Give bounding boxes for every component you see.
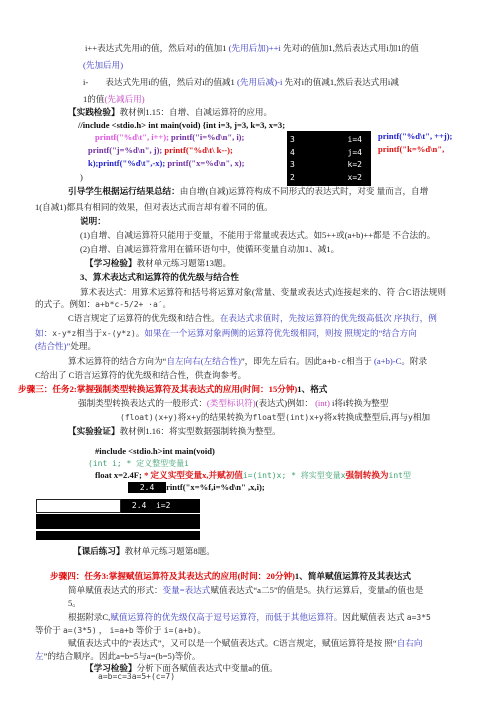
note-heading: 说明：: [80, 216, 106, 227]
inc-usage-line2: (先加后用): [83, 60, 123, 71]
text-span: 算术运算符的结合方向为“: [68, 356, 166, 366]
text-span: (先用后加)++i: [229, 43, 281, 53]
text-span: 根据附录C,: [68, 612, 110, 622]
text-span: 。: [197, 625, 206, 635]
console-value: 2: [290, 173, 295, 182]
console-chip: 2.4: [128, 482, 166, 493]
document-page: 3i=44j=43k=22x=2 2.4 i=2 i++表达式先用i的值，然后对…: [0, 0, 500, 722]
text-span: (2)自增、自减运算符常用在循环语句中，使循环变量自动加1、减1。: [80, 244, 339, 254]
text-span: a=(3*5): [63, 626, 97, 635]
text-span: (int)x+y: [285, 413, 324, 422]
text-span: a=b=c=3a=5+(c=7): [98, 672, 175, 681]
text-span: ): [80, 172, 83, 182]
text-span: (先减后用): [105, 94, 145, 104]
text-span: 先对i的值加1,然后表达式用i加1的值: [281, 43, 419, 53]
text-span: (结合性)”: [35, 341, 70, 351]
text-span: k);printf("%d\t",-x);: [88, 158, 167, 168]
text-span: printf("k=%d\n",: [378, 144, 444, 154]
text-span: 先对i的值减1,然后表达式用i减: [282, 77, 399, 87]
text-span: 如：: [35, 328, 52, 338]
text-span: i=a+b: [110, 626, 134, 635]
text-span: C语言规定了运算符的优先级和结合性。: [68, 313, 220, 323]
text-span: 赋值表达式“a二5”的值是5。执行运算后，变量a的值也是: [210, 585, 423, 595]
output-window-black-bar: [36, 531, 200, 540]
text-span: rintf("x=%f,i=%d\n" ,x,i);: [166, 482, 265, 492]
text-span: (int): [315, 398, 330, 408]
inc-usage-line1: i++表达式先用i的值，然后对i的值加1 (先用后加)++i 先对i的值加1,然…: [85, 43, 419, 54]
text-span: (表达式)例如：: [256, 398, 315, 408]
console-var-value: i=4: [348, 135, 362, 144]
output-window-black-bar: [36, 514, 200, 529]
console-var-value: k=2: [348, 160, 362, 169]
output-window-white-area: [36, 499, 121, 513]
step3-heading: 步骤三：任务2:掌握强制类型转换运算符及其表达式的应用(时间：15分钟)1、格式: [18, 384, 327, 395]
text-span: 赋值表达式中的“表达式”，又可以是一个赋值表达式。C语言规定，赋值运算符是按 照…: [68, 638, 397, 648]
text-span: 【实践检验】: [68, 107, 120, 117]
text-span: printf("%d\t", ++j);: [378, 131, 452, 141]
text-span: 步骤三：任务2:掌握强制类型转换运算符及其表达式的应用(时间：15分钟): [18, 384, 297, 394]
text-span: 简单赋值表达式的形式：: [68, 585, 163, 595]
homework-line: 【课后练习】教材单元练习题第8题。: [73, 546, 215, 557]
text-span: 处理。: [70, 341, 96, 351]
code2-float-decl: float x=2.4F; * 定义实型变量x,并赋初值i=(int)x; * …: [95, 470, 411, 481]
arith-expr-line2: 的式子。例如：a+b*c-5/2+ ·a′。: [35, 299, 171, 310]
dec-usage-line1: i- 表达式先用i的值，然后对i的值减1 (先用后减)-i 先对i的值减1,然后…: [83, 77, 399, 88]
text-span: #include <stdio.h>int main(void): [95, 446, 215, 456]
text-span: a+b*c-5/2+ ·a′。: [95, 300, 170, 309]
precedence-line3: (结合性)”处理。: [35, 341, 96, 352]
code2-include: #include <stdio.h>int main(void): [95, 446, 215, 457]
text-span: 1、简单赋值运算符及其表达式: [295, 571, 411, 581]
text-span: 强制类型转换表达式的一般形式：: [78, 398, 207, 408]
assign-expr-line2: 左”的结合顺序。因此a=b=5与a=(b=5)等价。: [35, 651, 200, 662]
text-span: ，: [97, 625, 110, 635]
console-value: 4: [290, 148, 295, 157]
section3-heading: 3、算术表达式和运算符的优先级与结合性: [80, 272, 239, 283]
text-span: printf("j=%d\n", j);: [88, 145, 164, 155]
text-span: 相加: [413, 412, 430, 422]
text-span: 赋值运算符的优先级仅高于逗号运算符，而低于其他运算符。: [110, 612, 342, 622]
text-span: 【学习检验】: [85, 258, 137, 268]
text-span: 转换成整型后,再与: [337, 412, 408, 422]
code2-int-decl: (int i; * 定义整型变量i: [88, 458, 189, 469]
text-span: 相当于: [76, 328, 102, 338]
text-span: 【课后练习】: [73, 546, 125, 556]
text-span: (先用后减)-i: [237, 77, 282, 87]
text-span: 教材例1.15：自增、自减运算符的应用。: [120, 107, 273, 117]
text-span: 3、算术表达式和运算符的优先级与结合性: [80, 272, 239, 282]
text-span: 教材单元练习题第8题。: [125, 546, 215, 556]
text-span: 自右向: [397, 638, 423, 648]
text-span: 变量=表达式: [163, 585, 211, 595]
console-row: 2x=2: [287, 173, 371, 182]
text-span: (a+b)-C: [374, 356, 401, 366]
text-span: 【实验验证】: [68, 426, 120, 436]
text-span: * 定义实型变量x,并赋初值: [144, 470, 243, 480]
text-span: 将: [324, 412, 333, 422]
console-row: 4j=4: [287, 148, 371, 157]
text-span: 。附录: [401, 356, 427, 366]
text-span: 引导学生根据运行结果总结：: [68, 186, 180, 196]
cast-example-line: (float)(x+y)将x+y的结果转换为float型(int)x+y将x转换…: [120, 412, 430, 423]
precedence-line2: 如：x-y*z相当于x-(y*z)。如果在一个运算对象两侧的运算符优先级相同，则…: [35, 328, 417, 339]
text-span: printf("i=%d\n", i);: [171, 132, 244, 142]
output-window: 2.4 i=2: [36, 499, 200, 540]
console-row: 3i=4: [287, 135, 371, 144]
text-span: float: [252, 413, 276, 422]
text-span: 5。: [68, 598, 81, 608]
text-span: 等价于: [134, 625, 164, 635]
text-span: printf("%d\t", i++);: [95, 132, 171, 142]
text-span: 型: [277, 412, 286, 422]
summary-line2: 1(自减1)都具有相同的效果，但对表达式而言却有着不同的值。: [35, 202, 273, 213]
text-span: 教材例1.16：将实型数据强制转换为整型。: [120, 426, 281, 436]
console-row: 3k=2: [287, 160, 371, 169]
text-span: printf("x=%d\n", x);: [167, 158, 244, 168]
text-span: ”，即先左后右。因此: [241, 356, 322, 366]
output-window-titlerow: 2.4 i=2: [36, 499, 200, 513]
text-span: 1、格式: [297, 384, 327, 394]
output-window-result-text: 2.4 i=2: [121, 499, 200, 513]
text-span: //include <stdio.h> int main(void) {int …: [78, 120, 285, 130]
text-span: 等价于: [35, 625, 63, 635]
text-span: int型: [389, 471, 411, 480]
summary-line1: 引导学生根据运行结果总结：由自增(自减)运算符构成不同形式的表达式时，对变 量而…: [68, 186, 428, 197]
assign-expr-line1: 赋值表达式中的“表达式”，又可以是一个赋值表达式。C语言规定，赋值运算符是按 照…: [68, 638, 423, 649]
code2-printf-chip: 2.4 rintf("x=%f,i=%d\n" ,x,i);: [128, 482, 265, 493]
code-printf-line2: printf("j=%d\n", j); printf("%d\t\ k--);: [88, 145, 233, 156]
note-item1: (1)自增、自减运算符只能用于变量，不能用于常量或表达式。如5++或(a+b)+…: [80, 230, 435, 241]
text-span: 1的值: [83, 94, 105, 104]
practice-check-heading: 【实践检验】教材例1.15：自增、自减运算符的应用。: [68, 107, 272, 118]
text-span: 左: [35, 651, 44, 661]
text-span: 相当于: [346, 356, 374, 366]
text-span: 因此赋值表 达式: [342, 612, 406, 622]
text-span: 说明：: [80, 216, 106, 226]
text-span: 的结果转换为: [201, 412, 253, 422]
assoc-line2: C给出了 C语言运算符的优先级和结合性，供查询参考。: [35, 370, 246, 381]
console-value: 3: [290, 160, 295, 169]
code-right-line2: printf("k=%d\n",: [378, 144, 444, 155]
console-value: 3: [290, 135, 295, 144]
study-check-13: 【学习检验】教材单元练习题第13题。: [85, 258, 231, 269]
console-var-value: x=2: [348, 173, 362, 182]
text-span: i=(int)x; * 将实型变量x: [243, 471, 346, 480]
text-span: C给出了 C语言运算符的优先级和结合性，供查询参考。: [35, 370, 246, 380]
text-span: 教材单元练习题第13题。: [137, 258, 232, 268]
text-span: a=3*5: [407, 613, 431, 622]
console-window: 3i=44j=43k=22x=2: [287, 131, 371, 186]
text-span: (先加后用): [83, 60, 123, 70]
text-span: 自左向右(左结合性): [166, 356, 240, 366]
text-span: (float)(x+y): [120, 413, 178, 422]
console-var-value: j=4: [348, 148, 362, 157]
text-span: i将i转换为整型: [330, 398, 389, 408]
text-span: i- 表达式先用i的值，然后对i的值减1: [83, 77, 237, 87]
arith-expr-line1: 算术表达式：用算术运算符和括号将运算对象(常量、变量或表达式)连接起来的、符 合…: [80, 287, 446, 298]
text-span: ”的结合顺序。因此a=b=5与a=(b=5)等价。: [44, 651, 201, 661]
text-span: 的式子。例如：: [35, 299, 95, 309]
assign-example-exprs: a=b=c=3a=5+(c=7): [98, 671, 175, 682]
text-span: x-(y*z): [102, 329, 136, 338]
code-close-brace: ): [80, 172, 83, 183]
text-span: (类型标识符): [207, 398, 256, 408]
text-span: i++表达式先用i的值，然后对i的值加1: [85, 43, 229, 53]
text-span: 1(自减1)都具有相同的效果，但对表达式而言却有着不同的值。: [35, 202, 273, 212]
text-span: (1)自增、自减运算符只能用于变量，不能用于常量或表达式。如5++或(a+b)+…: [80, 230, 435, 240]
precedence-line1: C语言规定了运算符的优先级和结合性。在表达式求值时，先按运算符的优先级高低次 序…: [68, 313, 437, 324]
text-span: i=(a+b): [164, 626, 198, 635]
code-include-line: //include <stdio.h> int main(void) {int …: [78, 120, 285, 131]
assign-form-line2: 5。: [68, 598, 81, 609]
text-span: 由自增(自减)运算符构成不同形式的表达式时，对变 量而言，自增: [180, 186, 429, 196]
assoc-line1: 算术运算符的结合方向为“自左向右(左结合性)”，即先左后右。因此a+b-c相当于…: [68, 356, 427, 367]
text-span: x+y: [186, 413, 200, 422]
experiment-heading: 【实验验证】教材例1.16：将实型数据强制转换为整型。: [68, 426, 281, 437]
text-span: printf("%d\t\ k--);: [164, 145, 233, 155]
text-span: 算术表达式：用算术运算符和括号将运算对象(常量、变量或表达式)连接起来的、符 合…: [80, 287, 446, 297]
text-span: x-y*z: [52, 329, 76, 338]
dec-usage-line2: 1的值(先减后用): [83, 94, 145, 105]
text-span: 强制转换为: [346, 470, 389, 480]
text-span: (int i; * 定义整型变量i: [88, 459, 189, 468]
text-span: float x=2.4F;: [95, 470, 144, 480]
appendix-line2: 等价于 a=(3*5) ， i=a+b 等价于 i=(a+b)。: [35, 625, 206, 636]
cast-format-line: 强制类型转换表达式的一般形式：(类型标识符)(表达式)例如： (int) i将i…: [78, 398, 388, 409]
text-span: 在表达式求值时，先按运算符的优先级高低次 序执行，例: [220, 313, 437, 323]
assign-form-line1: 简单赋值表达式的形式：变量=表达式赋值表达式“a二5”的值是5。执行运算后，变量…: [68, 585, 423, 596]
note-item2: (2)自增、自减运算符常用在循环语句中，使循环变量自动加1、减1。: [80, 244, 339, 255]
code-printf-line3: k);printf("%d\t",-x); printf("x=%d\n", x…: [88, 158, 244, 169]
text-span: 如果在一个运算对象两侧的运算符优先级相同，则按 照规定的“结合方向: [144, 328, 416, 338]
text-span: a+b-c: [322, 357, 346, 366]
step4-heading: 步骤四：任务3:掌握赋值运算符及其表达式的应用(时间：20分钟)1、简单赋值运算…: [50, 571, 411, 582]
appendix-line1: 根据附录C,赋值运算符的优先级仅高于逗号运算符，而低于其他运算符。因此赋值表 达…: [68, 612, 431, 623]
text-span: 步骤四：任务3:掌握赋值运算符及其表达式的应用(时间：20分钟): [50, 571, 295, 581]
code-printf-line1: printf("%d\t", i++); printf("i=%d\n", i)…: [95, 132, 244, 143]
code-right-line1: printf("%d\t", ++j);: [378, 131, 452, 142]
